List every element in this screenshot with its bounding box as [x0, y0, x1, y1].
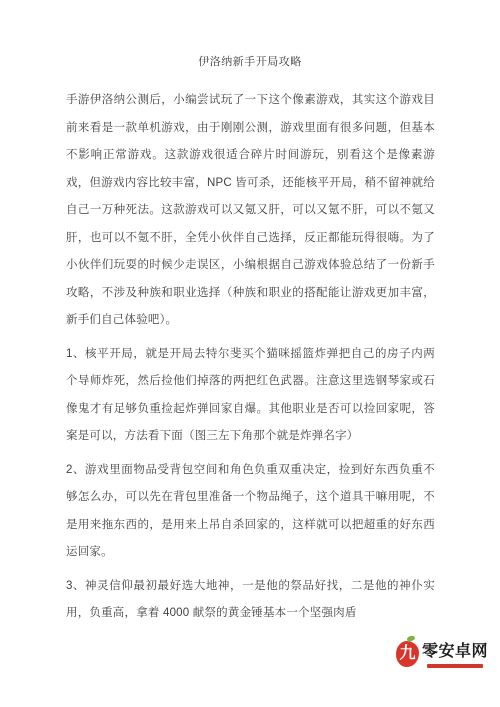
paragraph-tip-2: 2、游戏里面物品受背包空间和角色负重双重决定，捡到好东西负重不够怎么办，可以先在… [66, 457, 435, 567]
article-page: 伊洛纳新手开局攻略 手游伊洛纳公测后，小编尝试玩了一下这个像素游戏，其实这个游戏… [0, 0, 500, 707]
paragraph-tip-3: 3、神灵信仰最初最好选大地神，一是他的祭品好找，二是他的神仆实用，负重高，拿着 … [66, 573, 435, 628]
article-body: 手游伊洛纳公测后，小编尝试玩了一下这个像素游戏，其实这个游戏目前来看是一款单机游… [66, 87, 435, 628]
site-watermark-logo: 九 零安卓网 [396, 638, 488, 668]
paragraph-tip-1: 1、核平开局，就是开局去特尔斐买个猫咪摇篮炸弹把自己的房子内两个导师炸死，然后捡… [66, 341, 435, 451]
seal-character: 九 [399, 646, 415, 662]
leaf-icon [406, 635, 415, 642]
paragraph-intro: 手游伊洛纳公测后，小编尝试玩了一下这个像素游戏，其实这个游戏目前来看是一款单机游… [66, 87, 435, 335]
logo-tagline-strip [427, 664, 483, 668]
site-name: 零安卓网 [422, 642, 488, 662]
seal-icon: 九 [396, 641, 419, 667]
page-title: 伊洛纳新手开局攻略 [0, 0, 500, 70]
logo-text-block: 零安卓网 [422, 638, 488, 668]
